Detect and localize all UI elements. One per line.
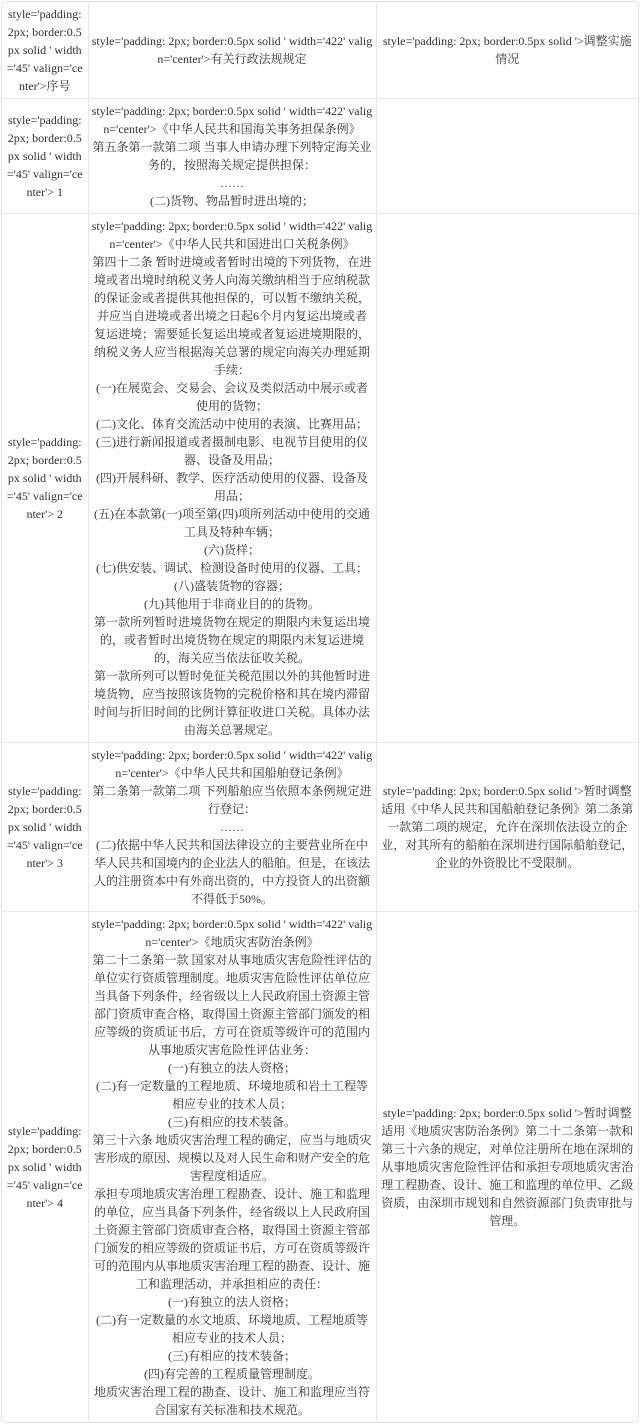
- text-line: (八)盛装货物的容器；: [92, 577, 373, 595]
- text-line: ……: [92, 174, 373, 192]
- text-line: (二)有一定数量的水文地质、环境地质、工程地质等相应专业的技术人员；: [92, 1311, 373, 1347]
- law-text-cell: style='padding: 2px; border:0.5px solid …: [88, 743, 376, 912]
- row-index-cell: style='padding: 2px; border:0.5px solid …: [2, 912, 88, 1423]
- text-line: (四)开展科研、教学、医疗活动使用的仪器、设备及用品；: [92, 469, 373, 505]
- header-cell-adjustment: style='padding: 2px; border:0.5px solid …: [376, 2, 638, 99]
- text-line: (三)有相应的技术装备。: [92, 1113, 373, 1131]
- adjustment-text-cell: style='padding: 2px; border:0.5px solid …: [376, 743, 638, 912]
- text-line: (三)进行新闻报道或者摄制电影、电视节目使用的仪器、设备及用品；: [92, 433, 373, 469]
- adjustment-text-cell: [376, 99, 638, 214]
- table-header-row: style='padding: 2px; border:0.5px solid …: [2, 2, 638, 99]
- text-line: (二)依据中华人民共和国法律设立的主要营业所在中华人民共和国境内的企业法人的船舶…: [92, 836, 373, 908]
- text-line: 承担专项地质灾害治理工程勘查、设计、施工和监理的单位，应当具备下列条件，经省级以…: [92, 1185, 373, 1293]
- text-line: (六)货样；: [92, 541, 373, 559]
- header-cell-index: style='padding: 2px; border:0.5px solid …: [2, 2, 88, 99]
- text-line: (九)其他用于非商业目的的货物。: [92, 595, 373, 613]
- table-row: style='padding: 2px; border:0.5px solid …: [2, 214, 638, 743]
- law-text-cell: style='padding: 2px; border:0.5px solid …: [88, 912, 376, 1423]
- text-line: 第二十二条第一款 国家对从事地质灾害危险性评估的单位实行资质管理制度。地质灾害危…: [92, 951, 373, 1059]
- text-line: (七)供安装、调试、检测设备时使用的仪器、工具；: [92, 559, 373, 577]
- adjustment-text-cell: [376, 214, 638, 743]
- text-line: (一)有独立的法人资格；: [92, 1293, 373, 1311]
- law-text-cell: style='padding: 2px; border:0.5px solid …: [88, 99, 376, 214]
- text-line: (一)有独立的法人资格；: [92, 1059, 373, 1077]
- text-line: 第三十六条 地质灾害治理工程的确定，应当与地质灾害形成的原因、规模以及对人民生命…: [92, 1131, 373, 1185]
- text-line: 地质灾害治理工程的勘查、设计、施工和监理应当符合国家有关标准和技术规范。: [92, 1383, 373, 1419]
- text-line: style='padding: 2px; border:0.5px solid …: [92, 102, 373, 138]
- text-line: style='padding: 2px; border:0.5px solid …: [380, 1104, 636, 1230]
- text-line: (五)在本款第(一)项至第(四)项所列活动中使用的交通工具及特种车辆；: [92, 505, 373, 541]
- text-line: style='padding: 2px; border:0.5px solid …: [92, 217, 373, 253]
- text-line: (四)有完善的工程质量管理制度。: [92, 1365, 373, 1383]
- row-index-cell: style='padding: 2px; border:0.5px solid …: [2, 743, 88, 912]
- text-line: (三)有相应的技术装备；: [92, 1347, 373, 1365]
- text-line: (二)货物、物品暂时进出境的；: [92, 192, 373, 210]
- row-index-cell: style='padding: 2px; border:0.5px solid …: [2, 99, 88, 214]
- table-row: style='padding: 2px; border:0.5px solid …: [2, 912, 638, 1423]
- text-line: ……: [92, 818, 373, 836]
- text-line: 第一款所列暂时进境货物在规定的期限内未复运出境的，或者暂时出境货物在规定的期限内…: [92, 613, 373, 667]
- law-text-cell: style='padding: 2px; border:0.5px solid …: [88, 214, 376, 743]
- text-line: style='padding: 2px; border:0.5px solid …: [92, 746, 373, 782]
- row-index-cell: style='padding: 2px; border:0.5px solid …: [2, 214, 88, 743]
- regulation-adjustment-table: style='padding: 2px; border:0.5px solid …: [1, 1, 639, 1423]
- text-line: 第一款所列可以暂时免征关税范围以外的其他暂时进境货物，应当按照该货物的完税价格和…: [92, 667, 373, 739]
- regulation-table: style='padding: 2px; border:0.5px solid …: [2, 2, 638, 1422]
- header-cell-law: style='padding: 2px; border:0.5px solid …: [88, 2, 376, 99]
- text-line: 第五条第一款第二项 当事人申请办理下列特定海关业务的，按照海关规定提供担保：: [92, 138, 373, 174]
- table-row: style='padding: 2px; border:0.5px solid …: [2, 99, 638, 214]
- text-line: style='padding: 2px; border:0.5px solid …: [92, 915, 373, 951]
- adjustment-text-cell: style='padding: 2px; border:0.5px solid …: [376, 912, 638, 1423]
- text-line: (一)在展览会、交易会、会议及类似活动中展示或者使用的货物；: [92, 379, 373, 415]
- text-line: (二)文化、体育交流活动中使用的表演、比赛用品；: [92, 415, 373, 433]
- text-line: 第二条第一款第二项 下列船舶应当依照本条例规定进行登记：: [92, 782, 373, 818]
- text-line: (二)有一定数量的工程地质、环境地质和岩土工程等相应专业的技术人员；: [92, 1077, 373, 1113]
- text-line: 第四十二条 暂时进境或者暂时出境的下列货物，在进境或者出境时纳税义务人向海关缴纳…: [92, 253, 373, 379]
- table-row: style='padding: 2px; border:0.5px solid …: [2, 743, 638, 912]
- text-line: style='padding: 2px; border:0.5px solid …: [380, 782, 636, 872]
